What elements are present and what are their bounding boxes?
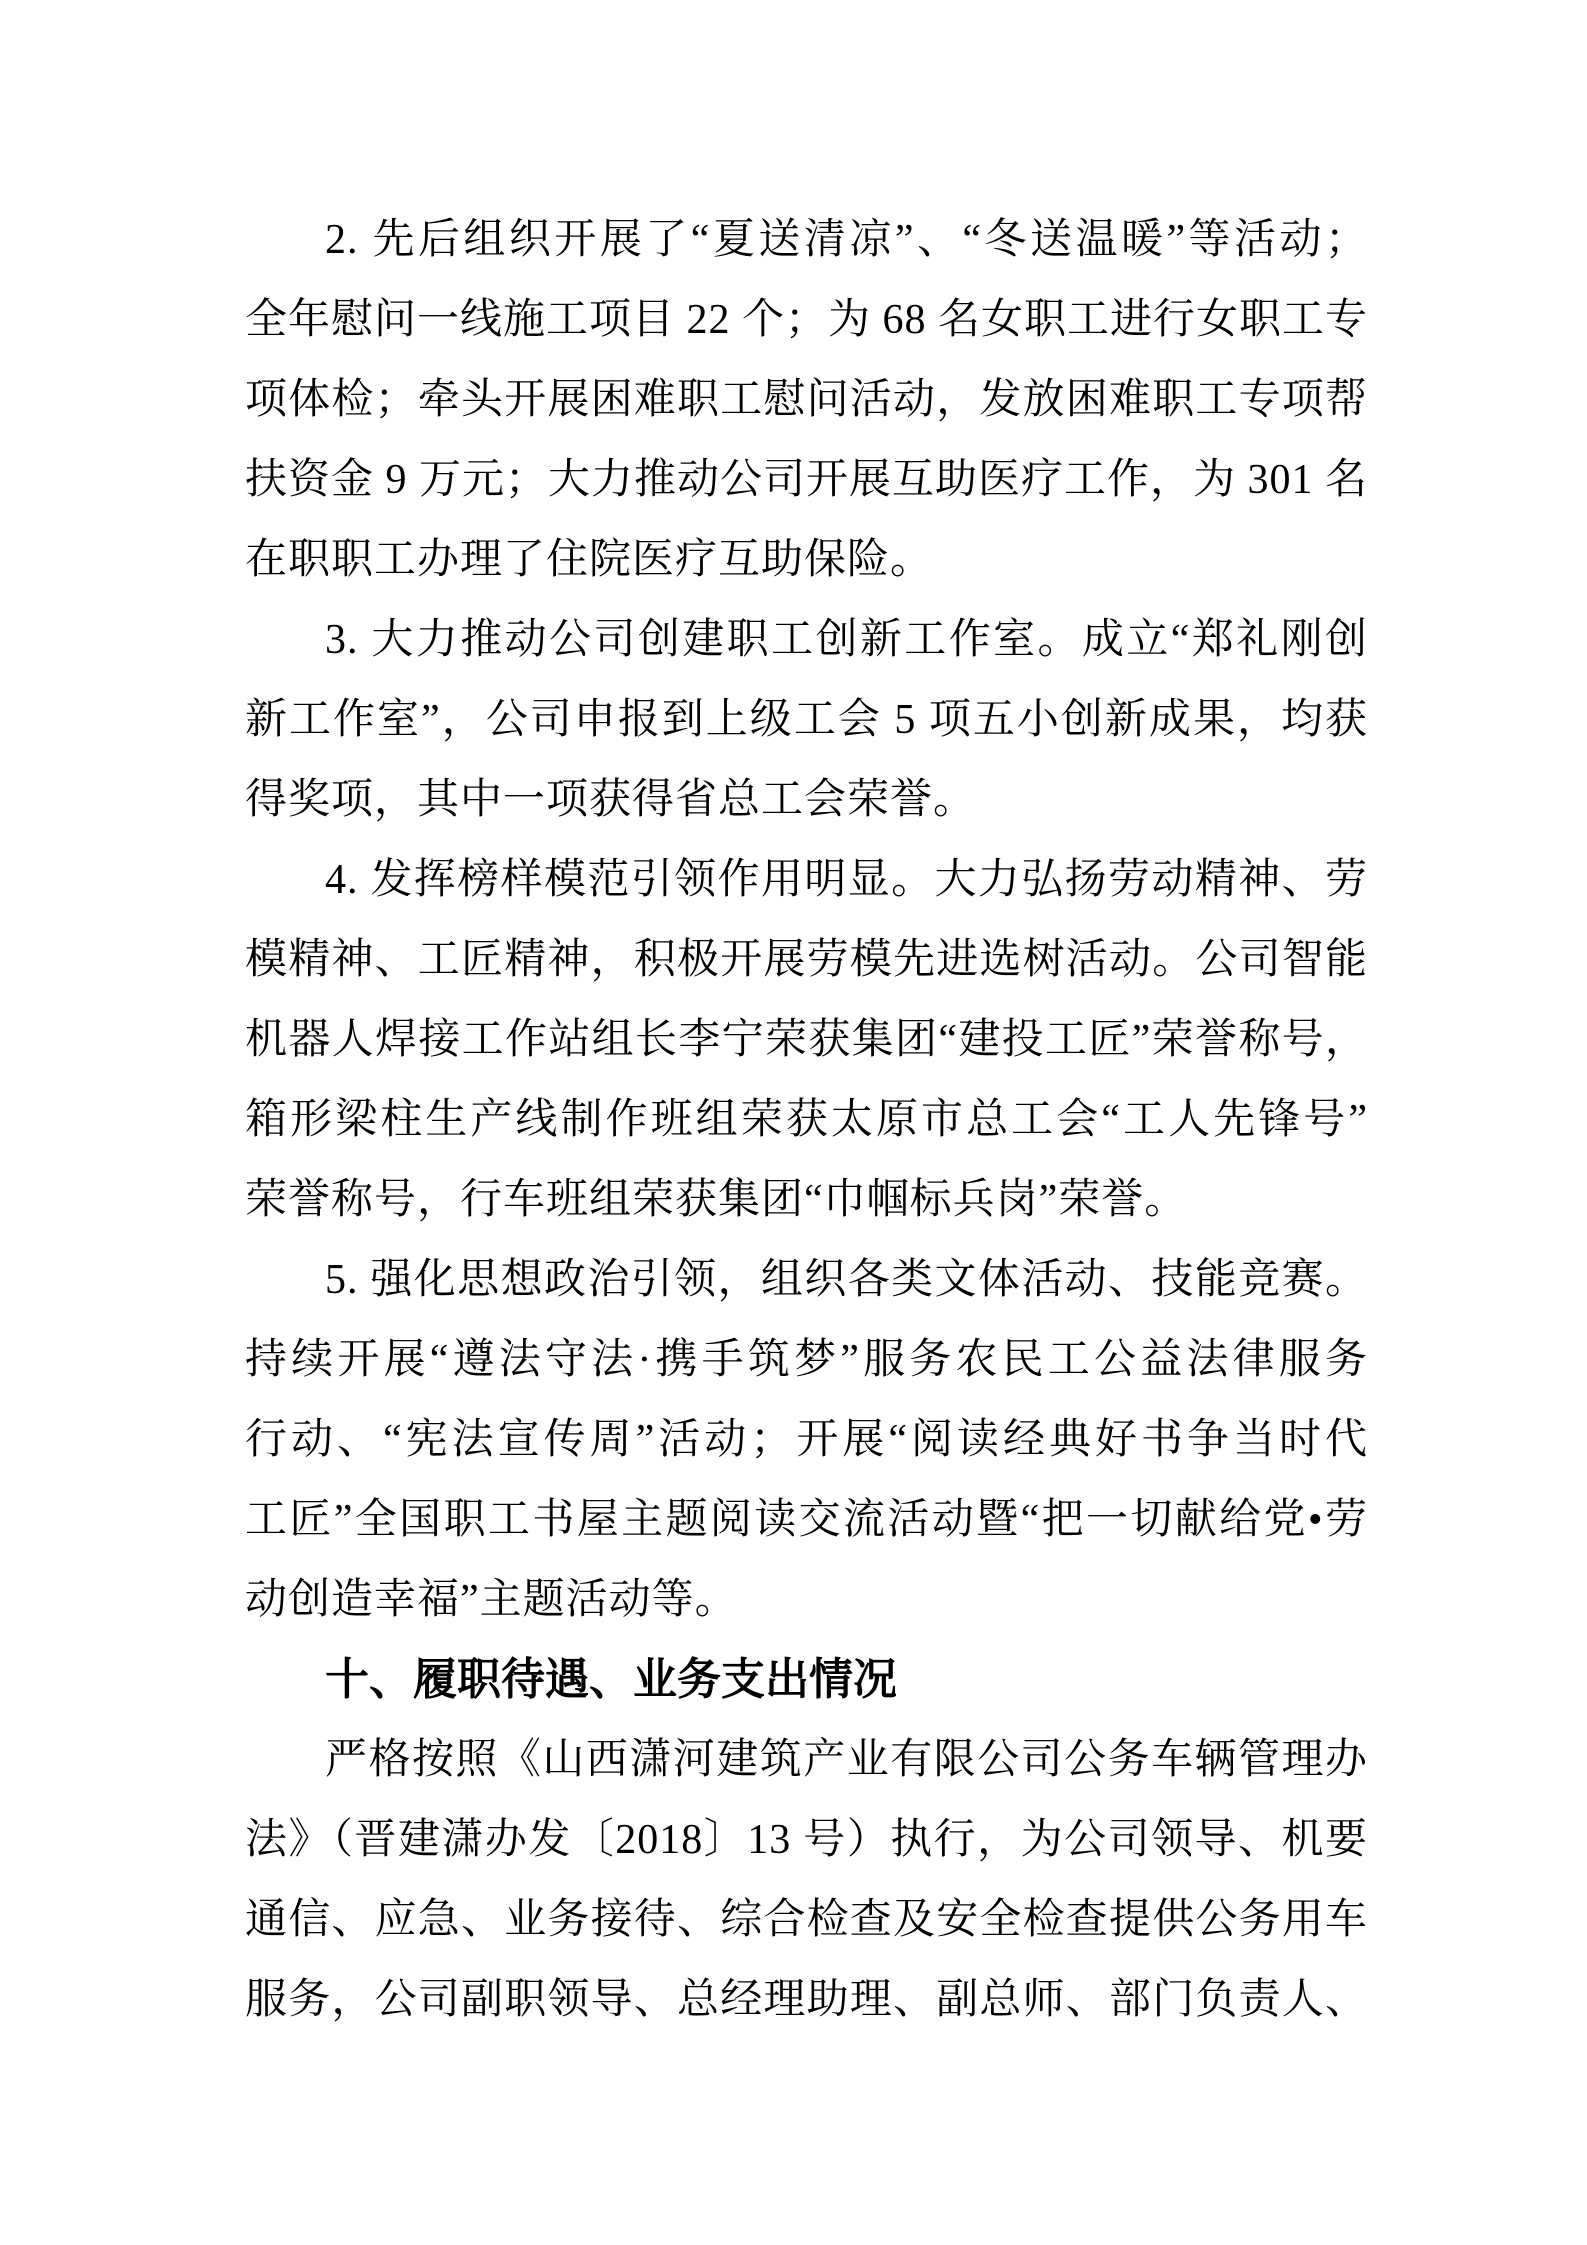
text-line: 项体检；牵头开展困难职工慰问活动，发放困难职工专项帮 xyxy=(245,360,1368,440)
text-line: 持续开展“遵法守法·携手筑梦”服务农民工公益法律服务 xyxy=(245,1320,1368,1400)
text-line: 5. 强化思想政治引领，组织各类文体活动、技能竞赛。 xyxy=(245,1240,1368,1320)
text-line: 全年慰问一线施工项目 22 个；为 68 名女职工进行女职工专 xyxy=(245,280,1368,360)
text-line: 工匠”全国职工书屋主题阅读交流活动暨“把一切献给党•劳 xyxy=(245,1480,1368,1560)
text-line: 3. 大力推动公司创建职工创新工作室。成立“郑礼刚创 xyxy=(245,600,1368,680)
text-line: 得奖项，其中一项获得省总工会荣誉。 xyxy=(245,760,1368,840)
text-line: 机器人焊接工作站组长李宁荣获集团“建投工匠”荣誉称号， xyxy=(245,1000,1368,1080)
document-page: 2. 先后组织开展了“夏送清凉”、“冬送温暖”等活动；全年慰问一线施工项目 22… xyxy=(0,0,1587,2245)
section-heading: 十、履职待遇、业务支出情况 xyxy=(245,1640,1368,1720)
text-line: 荣誉称号，行车班组荣获集团“巾帼标兵岗”荣誉。 xyxy=(245,1160,1368,1240)
text-line: 新工作室”，公司申报到上级工会 5 项五小创新成果，均获 xyxy=(245,680,1368,760)
text-line: 动创造幸福”主题活动等。 xyxy=(245,1560,1368,1640)
text-line: 4. 发挥榜样模范引领作用明显。大力弘扬劳动精神、劳 xyxy=(245,840,1368,920)
text-line: 2. 先后组织开展了“夏送清凉”、“冬送温暖”等活动； xyxy=(245,200,1368,280)
text-line: 箱形梁柱生产线制作班组荣获太原市总工会“工人先锋号” xyxy=(245,1080,1368,1160)
text-line: 扶资金 9 万元；大力推动公司开展互助医疗工作，为 301 名 xyxy=(245,440,1368,520)
text-line: 通信、应急、业务接待、综合检查及安全检查提供公务用车 xyxy=(245,1880,1368,1960)
text-line: 服务，公司副职领导、总经理助理、副总师、部门负责人、 xyxy=(245,1960,1368,2040)
text-line: 法》（晋建潇办发〔2018〕13 号）执行，为公司领导、机要 xyxy=(245,1800,1368,1880)
text-line: 模精神、工匠精神，积极开展劳模先进选树活动。公司智能 xyxy=(245,920,1368,1000)
text-line: 行动、“宪法宣传周”活动；开展“阅读经典好书争当时代 xyxy=(245,1400,1368,1480)
document-body: 2. 先后组织开展了“夏送清凉”、“冬送温暖”等活动；全年慰问一线施工项目 22… xyxy=(245,200,1368,2040)
text-line: 严格按照《山西潇河建筑产业有限公司公务车辆管理办 xyxy=(245,1720,1368,1800)
text-line: 在职职工办理了住院医疗互助保险。 xyxy=(245,520,1368,600)
